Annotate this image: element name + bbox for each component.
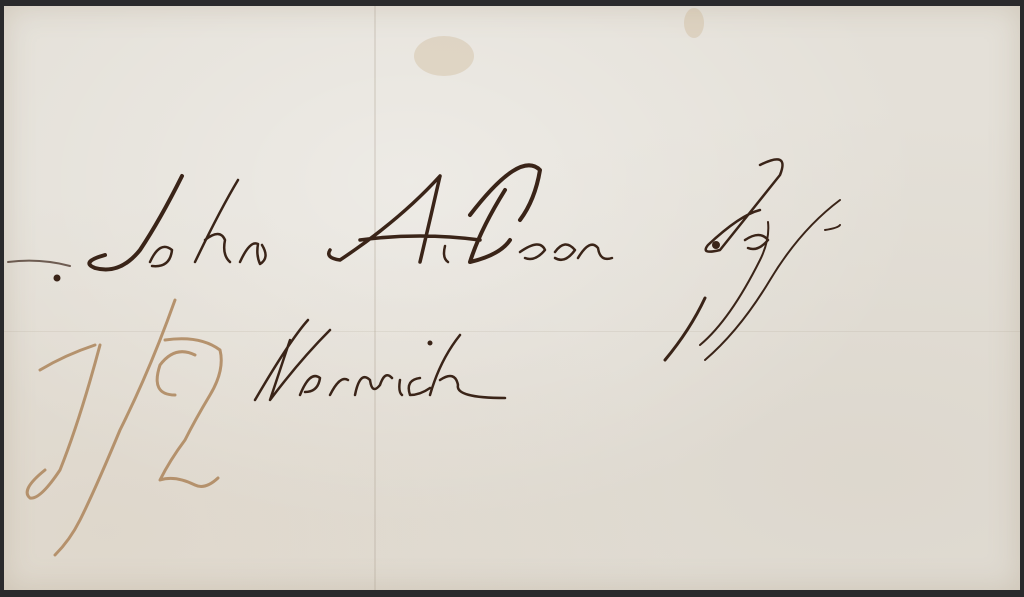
town-handwriting <box>255 320 505 400</box>
addressee-handwriting <box>8 159 840 360</box>
handwriting-layer <box>0 0 1024 597</box>
rate-mark-handwriting <box>27 300 221 555</box>
